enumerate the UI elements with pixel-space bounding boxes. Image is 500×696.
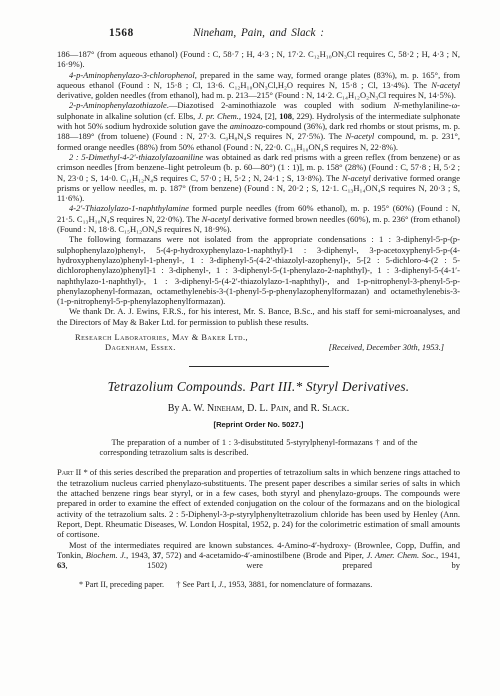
paragraph-aminophenylazo-chlorophenol: 4-p-Aminophenylazo-3-chlorophenol, prepa… <box>57 70 460 101</box>
article-paragraph-intermediates: Most of the intermediates required are k… <box>57 540 460 571</box>
address-block: Research Laboratories, May & Baker Ltd.,… <box>57 333 460 352</box>
article-title: Tetrazolium Compounds. Part III.* Styryl… <box>57 379 460 395</box>
paragraph-formazans-not-isolated: The following formazans were not isolate… <box>57 234 460 306</box>
address-line-1: Research Laboratories, May & Baker Ltd., <box>75 333 460 342</box>
address-row-2: Dagenham, Essex. [Received, December 30t… <box>57 343 460 352</box>
article-paragraph-part-ii: Part II * of this series described the p… <box>57 467 460 539</box>
running-head: Nineham, Pain, and Slack : <box>57 27 460 39</box>
section-divider <box>189 366 329 367</box>
address-line-2: Dagenham, Essex. <box>105 343 176 352</box>
paragraph-dimethyl-thiazolylazoaniline: 2 : 5-Dimethyl-4-2′-thiazolylazoaniline … <box>57 152 460 203</box>
received-date: [Received, December 30th, 1953.] <box>329 343 444 352</box>
journal-page: 1568 Nineham, Pain, and Slack : 186—187°… <box>0 0 500 696</box>
article-abstract: The preparation of a number of 1 : 3-dis… <box>100 438 418 458</box>
paragraph-aminophenylazothiazole: 2-p-Aminophenylazothiazole.—Diazotised 2… <box>57 100 460 151</box>
footnote: * Part II, preceding paper. † See Part I… <box>79 580 460 590</box>
paragraph-analysis-continuation: 186—187° (from aqueous ethanol) (Found :… <box>57 49 460 70</box>
article-byline: By A. W. Nineham, D. L. Pain, and R. Sla… <box>57 403 460 414</box>
paragraph-thiazolylazo-naphthylamine: 4-2′-Thiazolylazo-1-naphthylamine formed… <box>57 203 460 234</box>
reprint-order: [Reprint Order No. 5027.] <box>57 420 460 429</box>
page-content: 1568 Nineham, Pain, and Slack : 186—187°… <box>57 27 460 590</box>
page-header: 1568 Nineham, Pain, and Slack : <box>57 27 460 41</box>
paragraph-acknowledgement: We thank Dr. A. J. Ewins, F.R.S., for hi… <box>57 306 460 327</box>
